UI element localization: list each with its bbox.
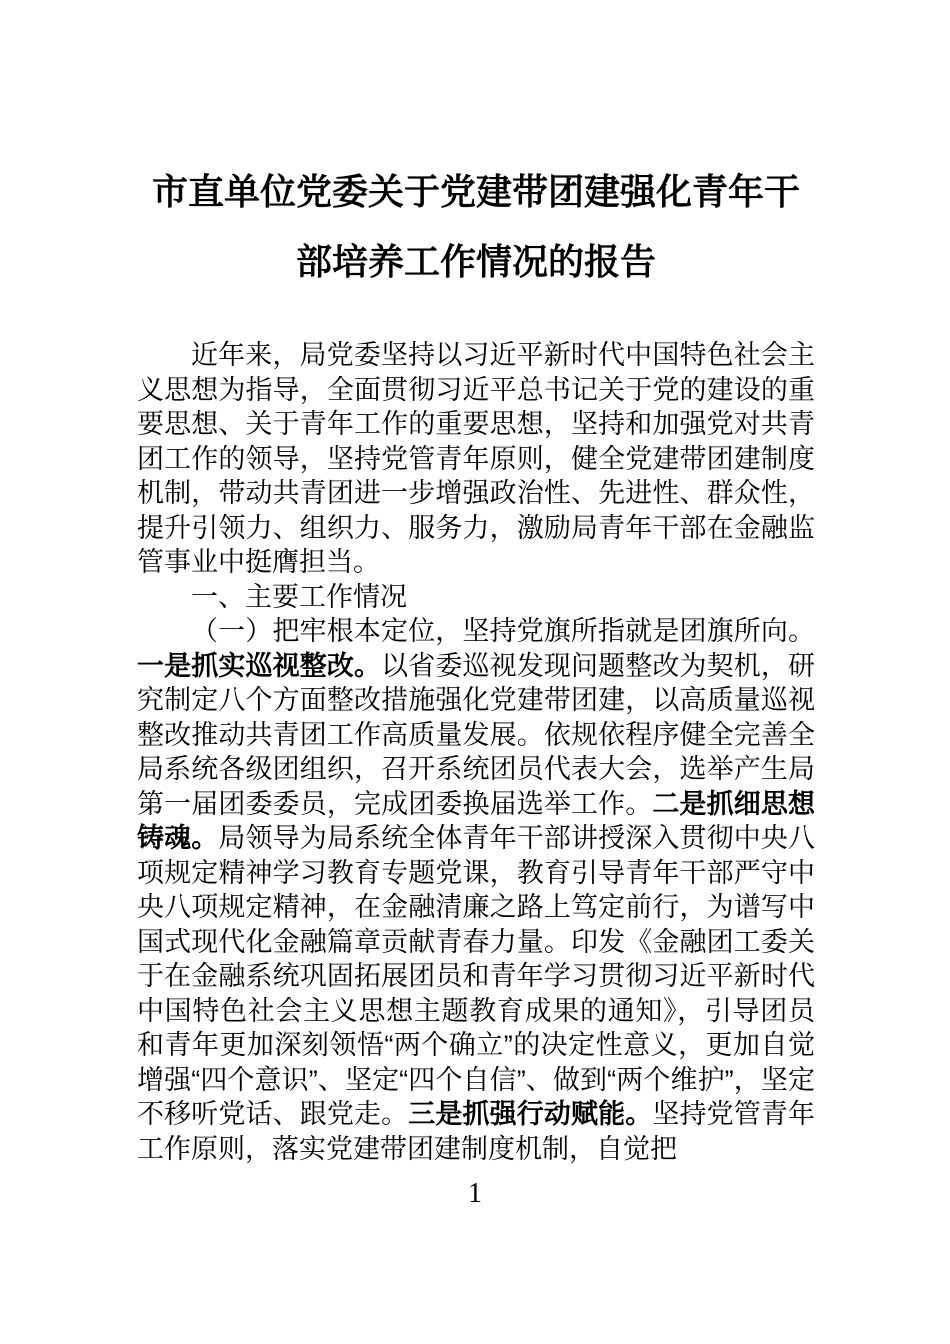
document-body: 近年来，局党委坚持以习近平新时代中国特色社会主义思想为指导，全面贯彻习近平总书记… bbox=[137, 338, 815, 1166]
text-run: （一）把牢根本定位，坚持党旗所指就是团旗所向。 bbox=[191, 616, 815, 646]
intro-paragraph: 近年来，局党委坚持以习近平新时代中国特色社会主义思想为指导，全面贯彻习近平总书记… bbox=[137, 338, 815, 580]
section-1-paragraph: （一）把牢根本定位，坚持党旗所指就是团旗所向。一是抓实巡视整改。以省委巡视发现问… bbox=[137, 614, 815, 1166]
text-run: 近年来，局党委坚持以习近平新时代中国特色社会主义思想为指导，全面贯彻习近平总书记… bbox=[137, 340, 815, 577]
page-number: 1 bbox=[0, 1178, 950, 1210]
document-page: 市直单位党委关于党建带团建强化青年干部培养工作情况的报告 近年来，局党委坚持以习… bbox=[0, 0, 950, 1344]
bold-text-run: 三是抓强行动赋能。 bbox=[408, 1099, 652, 1129]
section-heading-main-work: 一、主要工作情况 bbox=[137, 580, 815, 615]
bold-text-run: 一是抓实巡视整改。 bbox=[137, 651, 381, 681]
document-title: 市直单位党委关于党建带团建强化青年干部培养工作情况的报告 bbox=[137, 157, 815, 297]
text-run: 局领导为局系统全体青年干部讲授深入贯彻中央八项规定精神学习教育专题党课，教育引导… bbox=[137, 823, 815, 1129]
text-run: 一、主要工作情况 bbox=[191, 582, 407, 612]
